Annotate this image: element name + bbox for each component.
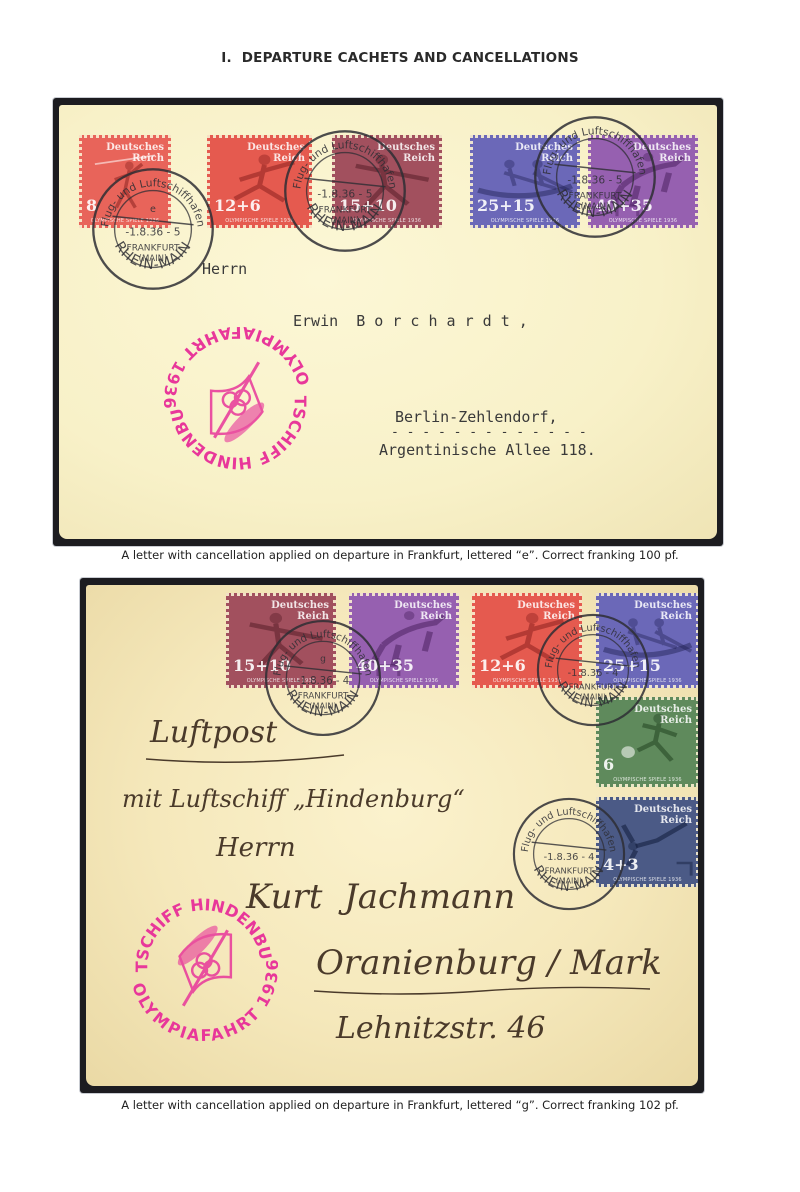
address-street: Argentinische Allee 118.: [379, 441, 596, 459]
cover-1-envelope: Deutsches Reich8OLYMPISCHE SPIELE 1936 D…: [59, 105, 717, 539]
section-number: I.: [221, 50, 232, 66]
cover-2-mount: Deutsches Reich15+10OLYMPISCHE SPIELE 19…: [80, 578, 704, 1093]
svg-text:e: e: [150, 204, 156, 215]
postmark: Flug- und Luftschiffhafen RHEIN-MAIN -1.…: [510, 795, 628, 913]
svg-text:(MAIN): (MAIN): [139, 254, 168, 264]
svg-text:g: g: [320, 655, 326, 665]
stamp-value: 12+6: [479, 656, 526, 675]
svg-text:(MAIN): (MAIN): [556, 877, 583, 886]
svg-text:(MAIN): (MAIN): [331, 216, 360, 226]
svg-text:-1.8.36 - 5: -1.8.36 - 5: [317, 187, 372, 200]
handwriting-via-airship: mit Luftschiff „Hindenburg“: [122, 785, 465, 813]
svg-text:FRANKFURT: FRANKFURT: [569, 682, 619, 692]
page-title: I.DEPARTURE CACHETS AND CANCELLATIONS: [0, 50, 800, 66]
address-underline: - - - - - - - - - - - - -: [391, 425, 587, 440]
address-salutation: Herrn: [202, 260, 247, 278]
stamp-value: 12+6: [214, 196, 261, 215]
cover-2-caption: A letter with cancellation applied on de…: [0, 1098, 800, 1112]
svg-text:-1.8.36 - 5: -1.8.36 - 5: [125, 225, 180, 238]
stamp-value: 6: [603, 755, 614, 774]
postmark-circle: Flug- und Luftschiffhafen RHEIN-MAIN -1.…: [281, 127, 409, 255]
svg-text:(MAIN): (MAIN): [580, 693, 607, 702]
cachet-seal: LUFTSCHIFF HINDENBURG OLYMPIAFAHRT 1936: [130, 893, 278, 1041]
svg-text:-1.8.36 - 5: -1.8.36 - 5: [567, 173, 622, 186]
postmark: Flug- und Luftschiffhafen RHEIN-MAIN e -…: [89, 165, 217, 293]
stamp-caption: OLYMPISCHE SPIELE 1936: [599, 777, 696, 783]
postmark: Flug- und Luftschiffhafen RHEIN-MAIN g -…: [262, 617, 384, 739]
hindenburg-olympia-cachet: LUFTSCHIFF HINDENBURG OLYMPIAFAHRT 1936: [130, 893, 278, 1041]
luftpost-underline: [144, 751, 354, 767]
postmark-circle: Flug- und Luftschiffhafen RHEIN-MAIN g -…: [262, 617, 384, 739]
svg-text:-1.8.36 - 4: -1.8.36 - 4: [297, 676, 350, 687]
cover-1-caption: A letter with cancellation applied on de…: [0, 548, 800, 562]
postmark-circle: Flug- und Luftschiffhafen RHEIN-MAIN -1.…: [534, 611, 652, 729]
svg-text:-1.8.36 - 4: -1.8.36 - 4: [544, 852, 595, 863]
svg-text:(MAIN): (MAIN): [309, 701, 336, 711]
handwriting-street: Lehnitzstr. 46: [336, 1011, 546, 1046]
handwriting-luftpost: Luftpost: [150, 715, 277, 750]
section-title: DEPARTURE CACHETS AND CANCELLATIONS: [242, 50, 579, 66]
stamp-country: Deutsches Reich: [634, 804, 692, 826]
zeppelin-flag-rings-icon: [200, 362, 274, 450]
address-name: Erwin B o r c h a r d t ,: [293, 312, 528, 330]
cover-2-envelope: Deutsches Reich15+10OLYMPISCHE SPIELE 19…: [86, 585, 698, 1086]
postmark: Flug- und Luftschiffhafen RHEIN-MAIN -1.…: [531, 113, 659, 241]
cachet-seal: LUFTSCHIFF HINDENBURG OLYMPIAFAHRT 1936: [164, 327, 312, 475]
stamp-value: 25+15: [477, 196, 535, 215]
stamp-country: Deutsches Reich: [106, 142, 164, 164]
cover-1-mount: Deutsches Reich8OLYMPISCHE SPIELE 1936 D…: [53, 98, 723, 546]
handwriting-salutation: Herrn: [216, 833, 296, 863]
postmark: Flug- und Luftschiffhafen RHEIN-MAIN -1.…: [534, 611, 652, 729]
hindenburg-olympia-cachet: LUFTSCHIFF HINDENBURG OLYMPIAFAHRT 1936: [164, 327, 312, 475]
svg-text:FRANKFURT: FRANKFURT: [569, 191, 622, 201]
stamp-country: Deutsches Reich: [394, 600, 452, 622]
postmark-circle: Flug- und Luftschiffhafen RHEIN-MAIN -1.…: [531, 113, 659, 241]
city-underline: [312, 985, 652, 999]
svg-text:FRANKFURT: FRANKFURT: [545, 866, 595, 876]
address-city: Berlin-Zehlendorf,: [395, 408, 558, 426]
svg-text:FRANKFURT: FRANKFURT: [127, 243, 180, 253]
handwriting-recipient-name: Kurt Jachmann: [246, 877, 515, 917]
postmark-circle: Flug- und Luftschiffhafen RHEIN-MAIN e -…: [89, 165, 217, 293]
postmark: Flug- und Luftschiffhafen RHEIN-MAIN -1.…: [281, 127, 409, 255]
svg-text:-1.8.36 - 4: -1.8.36 - 4: [568, 668, 619, 679]
svg-text:(MAIN): (MAIN): [581, 202, 610, 212]
handwriting-city: Oranienburg / Mark: [316, 943, 662, 983]
svg-text:FRANKFURT: FRANKFURT: [319, 205, 372, 215]
postmark-circle: Flug- und Luftschiffhafen RHEIN-MAIN -1.…: [510, 795, 628, 913]
zeppelin-flag-rings-icon: [168, 918, 242, 1006]
